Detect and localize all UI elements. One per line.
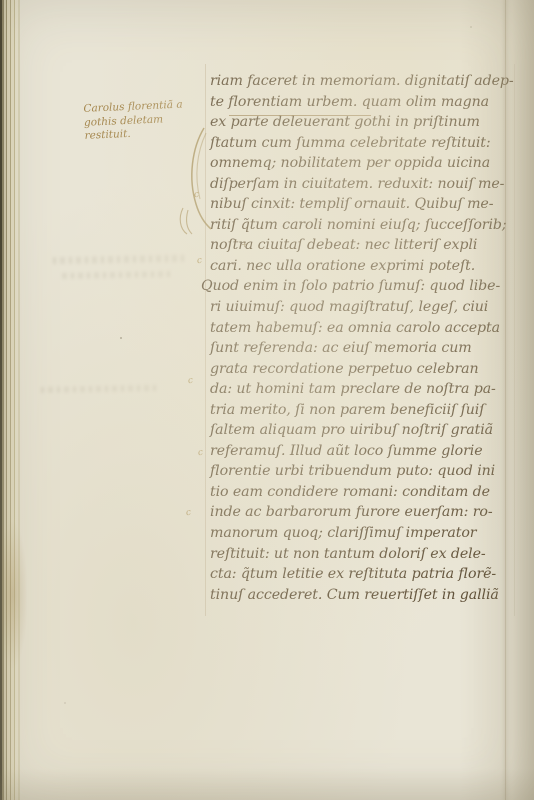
text-line: cari. nec ulla oratione exprimi poteſt. xyxy=(210,256,514,277)
main-text-block: riam faceret in memoriam. dignitatiſ ade… xyxy=(210,71,514,605)
text-line: tinuſ accederet. Cum reuertiſſet in gall… xyxy=(210,585,514,606)
text-line: referamuſ. Illud aũt loco ſumme glorie xyxy=(210,441,514,462)
manuscript-photo: Carolus florentiã agothis deletamrestitu… xyxy=(0,0,534,800)
text-line: grata recordatione perpetuo celebran xyxy=(210,359,514,380)
margin-hook-mark: c xyxy=(187,376,194,387)
text-line: ſunt referenda: ac eiuſ memoria cum xyxy=(210,338,514,359)
showthrough-text xyxy=(60,271,170,279)
text-line: da: ut homini tam preclare de noſtra pa- xyxy=(210,379,514,400)
text-line: te florentiam urbem. quam olim magna xyxy=(210,92,514,113)
showthrough-text xyxy=(52,255,184,264)
text-line: manorum quoq; clariſſimuſ imperator xyxy=(210,523,514,544)
text-line: reſtituit: ut non tantum doloriſ ex dele… xyxy=(210,544,514,565)
text-line: noſtra ciuitaſ debeat: nec litteriſ expl… xyxy=(210,235,514,256)
text-line: ritiſ q̃tum caroli nomini eiuſq; ſucceſſ… xyxy=(210,215,514,236)
text-line: omnemq; nobilitatem per oppida uicina xyxy=(210,153,514,174)
text-line: riam faceret in memoriam. dignitatiſ ade… xyxy=(210,71,514,92)
underline-mark xyxy=(229,115,371,116)
foxing-speck xyxy=(470,26,472,28)
book-gutter-page-edges xyxy=(0,0,22,800)
showthrough-text xyxy=(38,385,156,393)
text-line: ſtatum cum ſumma celebritate reſtituit: xyxy=(210,133,514,154)
text-line: ſaltem aliquam pro uiribuſ noſtriſ grati… xyxy=(210,420,514,441)
text-line: tria merito, ſi non parem beneficiiſ ſui… xyxy=(210,400,514,421)
text-line: tio eam condidere romani: conditam de xyxy=(210,482,514,503)
text-line: inde ac barbarorum furore euerſam: ro- xyxy=(210,502,514,523)
text-line: Quod enim in ſolo patrio ſumuſ: quod lib… xyxy=(201,276,514,297)
text-line: diſperſam in ciuitatem. reduxit: nouiſ m… xyxy=(210,174,514,195)
text-line: nibuſ cinxit: templiſ ornauit. Quibuſ me… xyxy=(210,194,514,215)
interlinear-mark: + xyxy=(241,240,248,249)
interlinear-mark: ʹ xyxy=(473,240,475,249)
foxing-speck xyxy=(64,702,66,704)
margin-hook-mark: c xyxy=(197,448,204,459)
text-line: florentie urbi tribuendum puto: quod ini xyxy=(210,461,514,482)
text-line: tatem habemuſ: ea omnia carolo accepta xyxy=(210,318,514,339)
text-line: cta: q̃tum letitie ex reſtituta patria f… xyxy=(210,564,514,585)
ruling-line-right xyxy=(514,64,515,616)
margin-hook-mark: c xyxy=(185,508,192,519)
margin-hook-mark: c xyxy=(196,256,203,267)
foxing-speck xyxy=(120,337,122,339)
text-line: ri uiuimuſ: quod magiſtratuſ, legeſ, ciu… xyxy=(210,297,514,318)
